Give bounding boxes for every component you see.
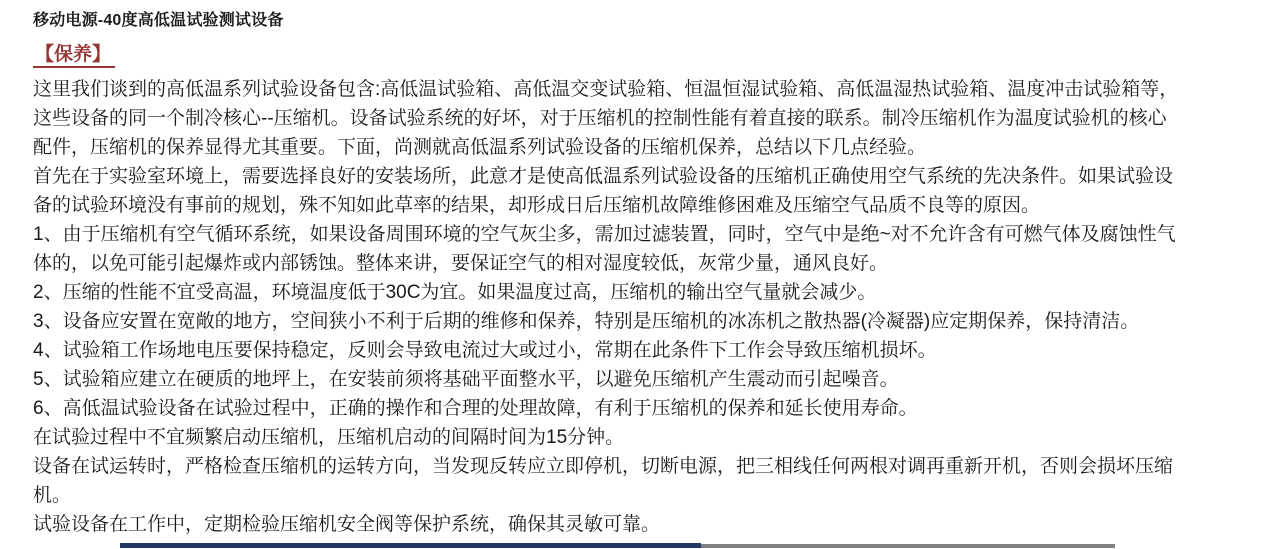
paragraph-tip-3: 3、设备应安置在宽敞的地方，空间狭小不利于后期的维修和保养，特别是压缩机的冰冻机… xyxy=(33,307,1185,336)
section-heading-label: 【保养】 xyxy=(33,44,115,68)
paragraph-tip-2: 2、压缩的性能不宜受高温，环境温度低于30C为宜。如果温度过高，压缩机的输出空气… xyxy=(33,278,1185,307)
paragraph-safety-valve: 试验设备在工作中，定期检验压缩机安全阀等保护系统，确保其灵敏可靠。 xyxy=(33,510,1185,539)
article-body: 移动电源-40度高低温试验测试设备 【保养】 这里我们谈到的高低温系列试验设备包… xyxy=(33,10,1185,539)
paragraph-tip-5: 5、试验箱应建立在硬质的地坪上，在安装前须将基础平面整水平，以避免压缩机产生震动… xyxy=(33,365,1185,394)
paragraph-intro: 这里我们谈到的高低温系列试验设备包含:高低温试验箱、高低温交变试验箱、恒温恒湿试… xyxy=(33,75,1185,162)
paragraph-startup-interval: 在试验过程中不宜频繁启动压缩机，压缩机启动的间隔时间为15分钟。 xyxy=(33,423,1185,452)
bottom-divider-gray xyxy=(701,544,1115,548)
paragraph-tip-6: 6、高低温试验设备在试验过程中，正确的操作和合理的处理故障，有利于压缩机的保养和… xyxy=(33,394,1185,423)
page-title: 移动电源-40度高低温试验测试设备 xyxy=(33,10,1185,32)
section-heading-maintenance: 【保养】 xyxy=(33,44,1185,66)
paragraph-tip-4: 4、试验箱工作场地电压要保持稳定，反则会导致电流过大或过小，常期在此条件下工作会… xyxy=(33,336,1185,365)
paragraph-tip-1: 1、由于压缩机有空气循环系统，如果设备周围环境的空气灰尘多，需加过滤装置，同时，… xyxy=(33,220,1185,278)
paragraph-trial-run: 设备在试运转时，严格检查压缩机的运转方向，当发现反转应立即停机，切断电源，把三相… xyxy=(33,452,1185,510)
document-page: 移动电源-40度高低温试验测试设备 【保养】 这里我们谈到的高低温系列试验设备包… xyxy=(0,0,1264,549)
paragraph-environment: 首先在于实验室环境上，需要选择良好的安装场所，此意才是使高低温系列试验设备的压缩… xyxy=(33,162,1185,220)
bottom-divider-navy xyxy=(120,543,701,548)
